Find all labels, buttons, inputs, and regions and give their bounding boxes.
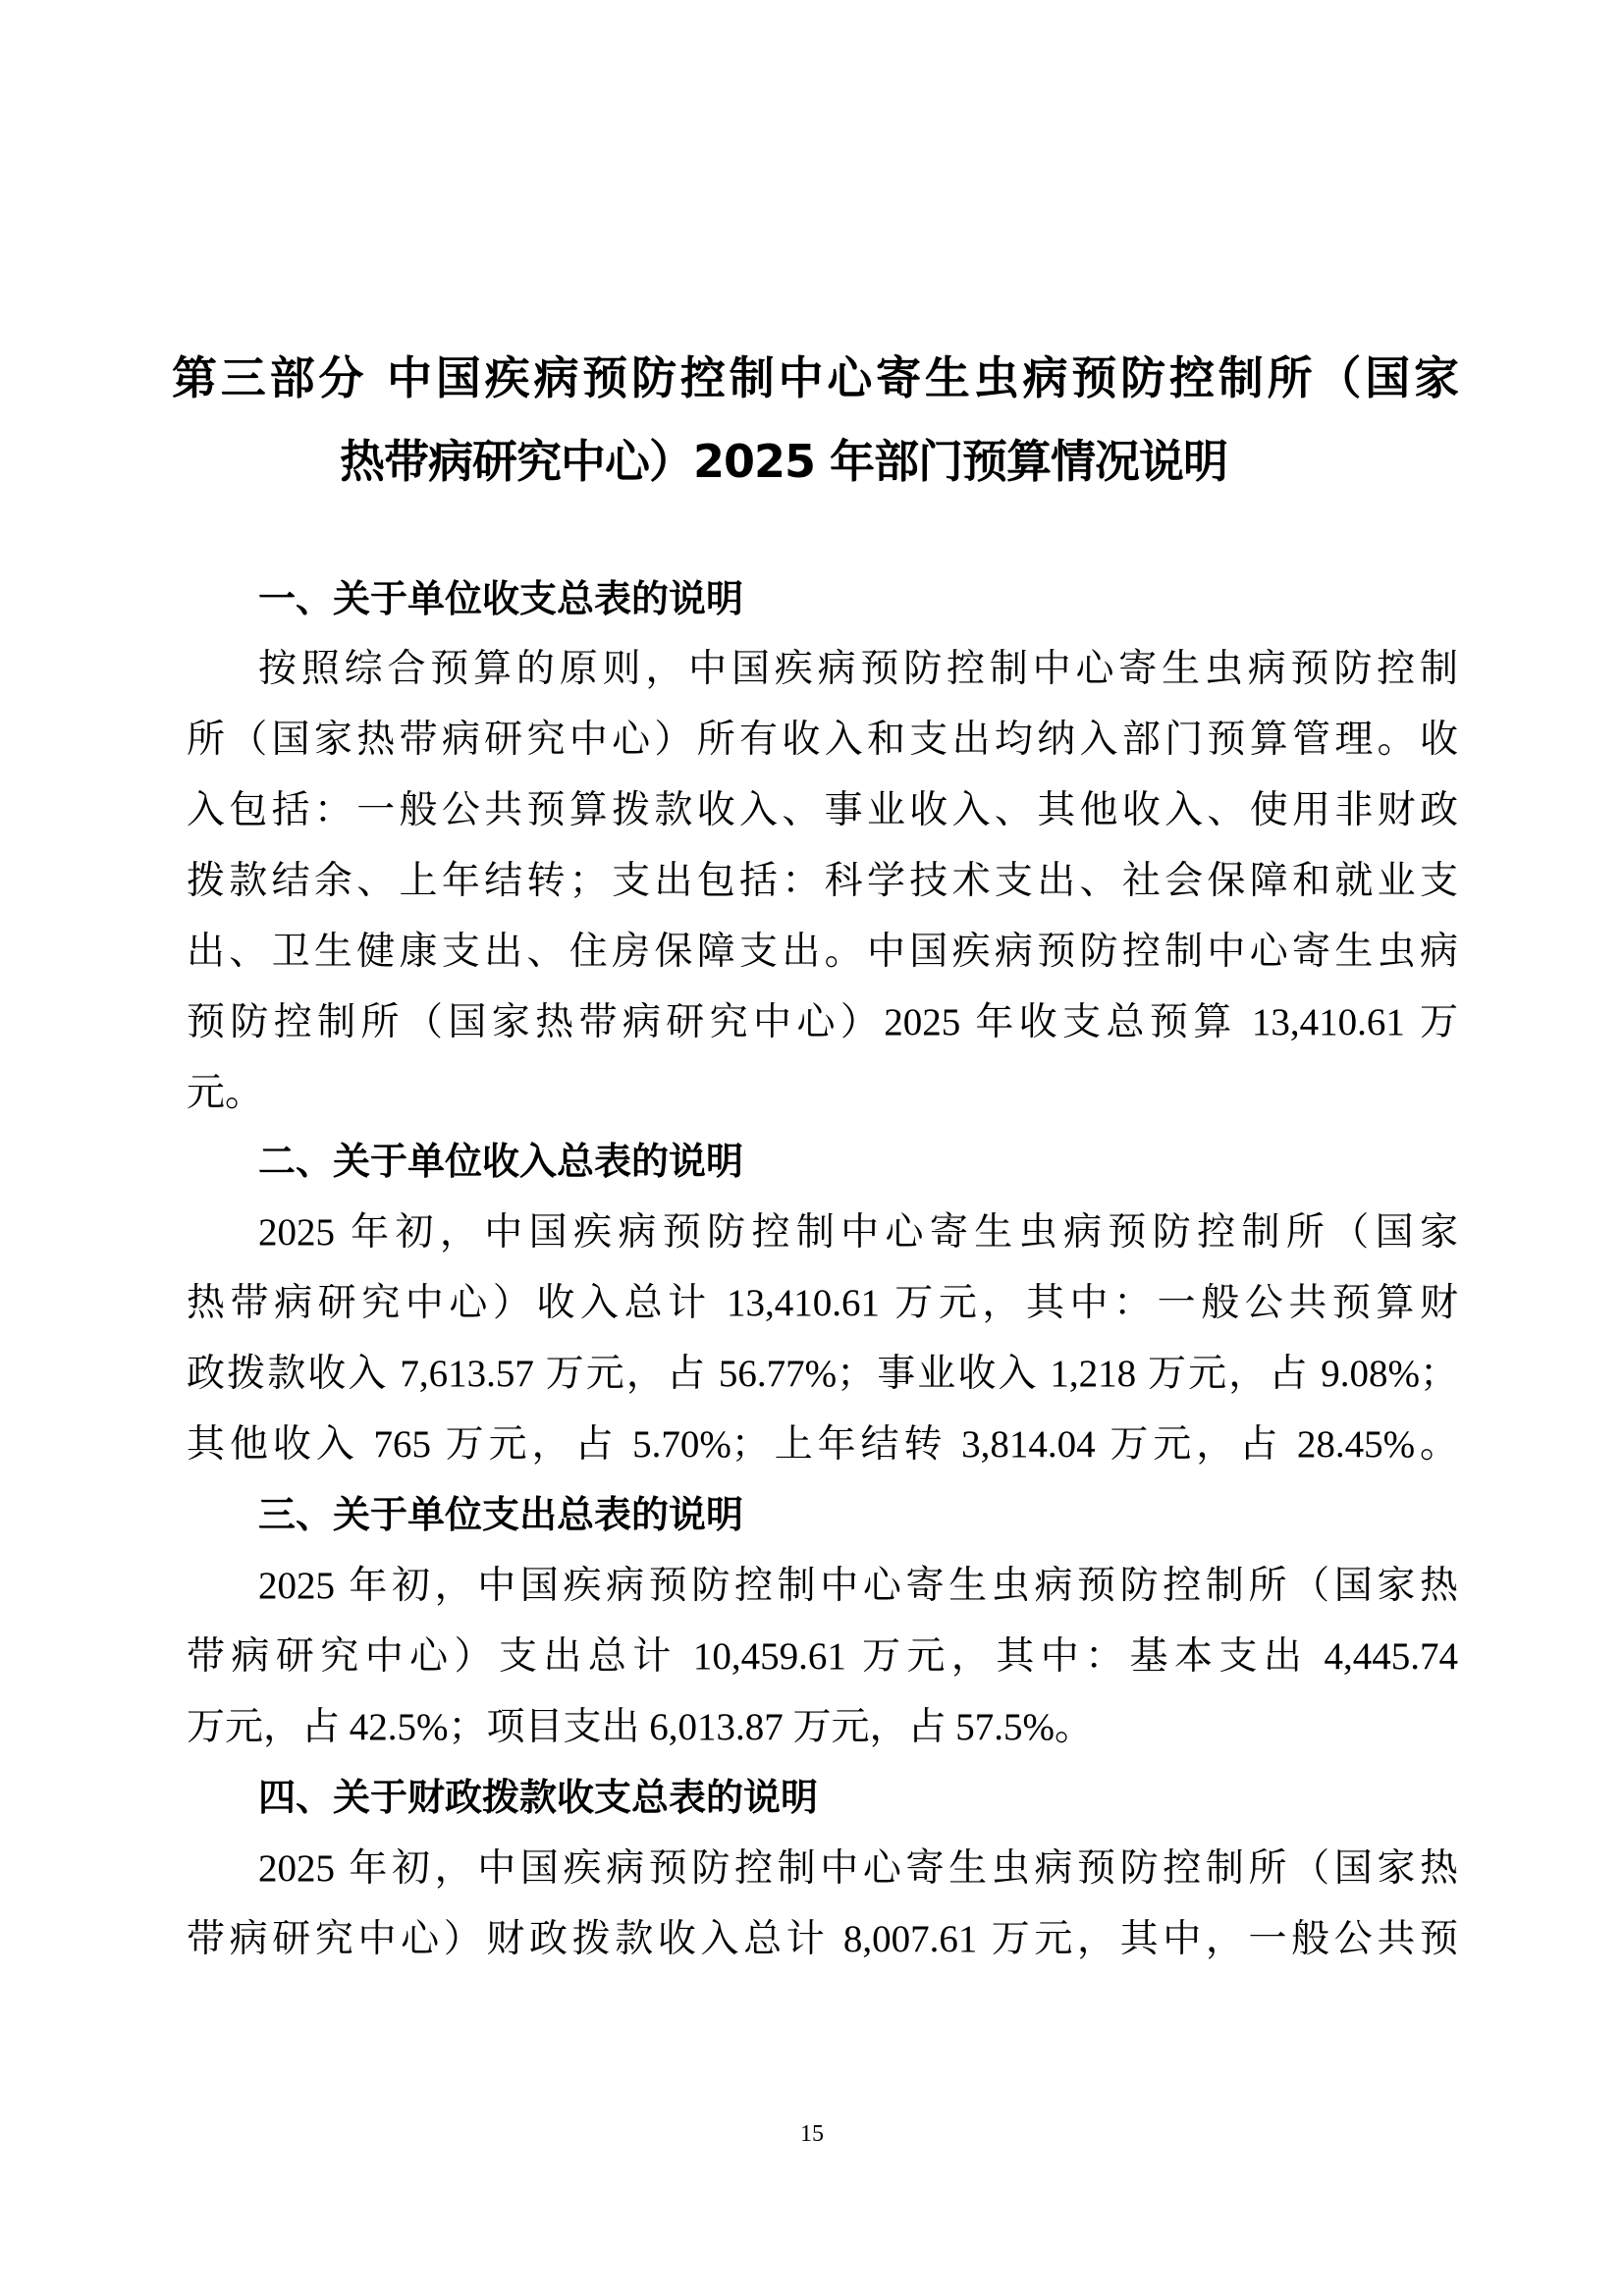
paragraph-line: 拨款结余、上年结转；支出包括：科学技术支出、社会保障和就业支 xyxy=(187,862,1458,900)
paragraph-line: 元。 xyxy=(187,1074,1458,1112)
paragraph-line: 所（国家热带病研究中心）所有收入和支出均纳入部门预算管理。收 xyxy=(187,721,1458,759)
paragraph-line: 万元，占 42.5%；项目支出 6,013.87 万元，占 57.5%。 xyxy=(187,1708,1458,1746)
section-heading-3: 三、关于单位支出总表的说明 xyxy=(258,1496,743,1533)
paragraph-line: 热带病研究中心）收入总计 13,410.61 万元，其中：一般公共预算财 xyxy=(187,1284,1458,1322)
section-heading-4: 四、关于财政拨款收支总表的说明 xyxy=(258,1779,818,1816)
paragraph-line: 政拨款收入 7,613.57 万元，占 56.77%；事业收入 1,218 万元… xyxy=(187,1355,1458,1393)
paragraph-line: 入包括：一般公共预算拨款收入、事业收入、其他收入、使用非财政 xyxy=(187,791,1458,829)
paragraph-line: 其他收入 765 万元，占 5.70%；上年结转 3,814.04 万元，占 2… xyxy=(187,1425,1458,1464)
document-page: 第三部分 中国疾病预防控制中心寄生虫病预防控制所（国家 热带病研究中心）2025… xyxy=(0,0,1624,2296)
paragraph-line: 2025 年初，中国疾病预防控制中心寄生虫病预防控制所（国家热 xyxy=(258,1567,1458,1605)
paragraph-line: 带病研究中心）财政拨款收入总计 8,007.61 万元，其中，一般公共预 xyxy=(187,1920,1458,1958)
paragraph-line: 带病研究中心）支出总计 10,459.61 万元，其中：基本支出 4,445.7… xyxy=(187,1637,1458,1676)
document-title-line-2: 热带病研究中心）2025 年部门预算情况说明 xyxy=(340,439,1227,484)
paragraph-line: 2025 年初，中国疾病预防控制中心寄生虫病预防控制所（国家 xyxy=(258,1213,1458,1252)
paragraph-line: 出、卫生健康支出、住房保障支出。中国疾病预防控制中心寄生虫病 xyxy=(187,933,1458,971)
page-number: 15 xyxy=(800,2122,824,2146)
paragraph-line: 2025 年初，中国疾病预防控制中心寄生虫病预防控制所（国家热 xyxy=(258,1849,1458,1888)
paragraph-line: 按照综合预算的原则，中国疾病预防控制中心寄生虫病预防控制 xyxy=(258,650,1458,688)
section-heading-2: 二、关于单位收入总表的说明 xyxy=(258,1143,743,1180)
section-heading-1: 一、关于单位收支总表的说明 xyxy=(258,580,743,617)
paragraph-line: 预防控制所（国家热带病研究中心）2025 年收支总预算 13,410.61 万 xyxy=(187,1003,1458,1041)
document-title-line-1: 第三部分 中国疾病预防控制中心寄生虫病预防控制所（国家 xyxy=(172,355,1458,400)
